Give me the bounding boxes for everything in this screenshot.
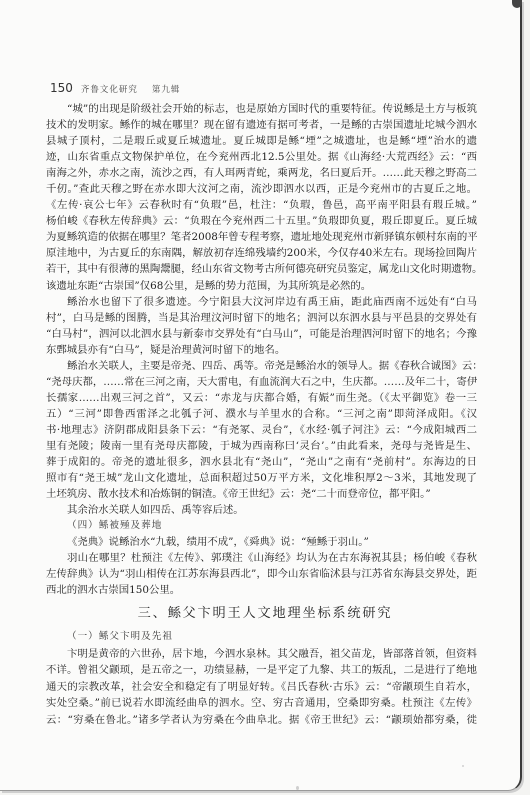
text-line: 卞明是黄帝的六世孙，居卞地，今泗水泉林。其父融吾，祖父苗龙，皆部落首领，但资料: [46, 646, 477, 663]
scan-speck: [296, 786, 299, 790]
text-line: 技术的发明家。鲧作的城在哪里？现在留有遗迹有据可考者，一是鲧的古崇国遗址坨城今泗…: [46, 117, 477, 133]
text-line: 若干，其中有很薄的黑陶鬶腿，经山东省文物考古所何德亮研究员鉴定，属龙山文化时期遗…: [46, 261, 477, 277]
body-text-section-one: “城”的出现是阶级社会开始的标志，也是原始方国时代的重要特征。传说鲧是土方与板筑…: [46, 101, 477, 598]
text-line: 五）“三河”即鲁西雷泽之北瓠子河、濮水与羊里水的合称。“三河之南”即菏泽成阳。《…: [46, 406, 477, 422]
journal-title: 齐鲁文化研究: [81, 83, 138, 95]
text-line: 原洼地中，为古夏丘的东南隅，解放初存连绵残墙约200米，今仅存40米左右。现场捡…: [46, 245, 477, 261]
text-line: 鲧治水关联人，主要是帝尧、四岳、禹等。帝尧是鲧治水的领导人。据《春秋合诚图》云：: [46, 358, 477, 374]
subsection-title: （一）鲧父卞明及先祖: [46, 629, 477, 646]
text-line: 照市有“尧王城”龙山文化遗址，总面积超过50万平方米，文化堆积厚2～3米，其地发…: [46, 470, 477, 486]
text-line: 该遗址东距“古崇国”仅68公里，是鲧的势力范围，为其所筑是必然的。: [46, 278, 477, 294]
text-line: 西北的泗水古崇国150公里。: [46, 582, 477, 598]
text-line: 其余治水关联人如四岳、禹等容后述。: [46, 502, 477, 518]
text-line: 土坯筑房、散水技术和冶炼铜的铜渣。《帝王世纪》云：尧“二十而登帝位，都平阳。”: [46, 486, 477, 502]
text-line: 葬于成阳的。帝尧的遗址很多，泗水县北有“尧山”，“尧山”之南有“尧前村”。东海边…: [46, 454, 477, 470]
text-line: 县城子顶村，二是瑕丘或夏丘城遗址。夏丘城即是鲧“堙”之城遗址，也是鲧“堙”治水的…: [46, 133, 477, 149]
text-line: “城”的出现是阶级社会开始的标志，也是原始方国时代的重要特征。传说鲧是土方与板筑: [46, 101, 477, 117]
page-edge-mark: [512, 0, 522, 8]
text-line: 千仞。”查此天穆之野在赤水即大汶河之南，流沙即泗水以西，正是今兖州市的古夏丘之地…: [46, 181, 477, 197]
text-line: 长孺家……出观三河之首”，又云：“赤龙与庆都合婚，有娠”而生尧。（《太平御览》卷…: [46, 390, 477, 406]
section-heading: 三、鲧父卞明王人文地理坐标系统研究: [0, 602, 530, 621]
text-line: 迹，山东省重点文物保护单位，在今兖州西北12.5公里处。据《山海经·大荒西经》云…: [46, 149, 477, 165]
text-line: 里有尧陵；陵南一里有尧母庆都陵，于城为西南称曰‘灵台’。”由此看来，尧母与尧皆是…: [46, 438, 477, 454]
text-line: 《左传·哀公七年》云春秋时有“负瑕”邑，杜注：“负瑕，鲁邑，高平南平阳县有瑕丘城…: [46, 197, 477, 213]
text-line: 东鄄城县亦有“白马”，疑是治理黄河时留下的地名。: [46, 342, 477, 358]
scan-speck: [462, 765, 464, 767]
subsection-title: （四）鲧被殛及葬地: [46, 518, 477, 534]
body-text-section-two: （一）鲧父卞明及先祖 卞明是黄帝的六世孙，居卞地，今泗水泉林。其父融吾，祖父苗龙…: [46, 629, 477, 729]
text-line: 云：“穷桑在鲁北。”诸多学者认为穷桑在今曲阜北。据《帝王世纪》云：“颛顼始都穷桑…: [46, 712, 477, 729]
page-number: 150: [50, 81, 73, 95]
text-line: 杨伯峻《春秋左传辞典》云：“负瑕在今兖州西二十五里。”负瑕即负夏，瑕丘即夏丘。夏…: [46, 213, 477, 229]
text-line: 左传辞典》认为“羽山相传在江苏东海县西北”，即今山东省临沭县与江苏省东海县交界处…: [46, 566, 477, 582]
text-line: 鲧治水也留下了很多遗迹。今宁阳县大汶河岸边有禹王庙，距此庙西南不远处有“白马: [46, 294, 477, 310]
text-line: 书·地理志》济阴郡成阳县条下云：“有尧冢、灵台”，《水经·瓠子河注》云：“今成阳…: [46, 422, 477, 438]
text-line: 南海之外，赤水之南，流沙之西，有人珥两青蛇，乘两龙，名曰夏后开。……此天穆之野高…: [46, 165, 477, 181]
text-line: 羽山在哪里？杜预注《左传》、郭璞注《山海经》均认为在古东海祝其县；杨伯峻《春秋: [46, 550, 477, 566]
text-line: 《尧典》说鲧治水“九载，绩用不成”，《舜典》说：“殛鲧于羽山。”: [46, 534, 477, 550]
text-line: 村”，白马是鲧的图腾，当是其治理汶河时留下的地名；泗河以东泗水县与平邑县的交界处…: [46, 310, 477, 326]
running-header: 150 齐鲁文化研究 第九辑: [50, 81, 180, 95]
text-line: 实处空桑。”前已说若水即流经曲阜的泗水。空、穷古音通用，空桑即穷桑。杜预注《左传…: [46, 695, 477, 712]
text-line: 不详。曾祖父颛顼，是五帝之一，功绩显赫，一是平定了九黎、共工的叛乱，二是进行了绝…: [46, 662, 477, 679]
text-line: “尧母庆都，……常在三河之南，天大雷电，有血流润大石之中，生庆都。……及年二十，…: [46, 374, 477, 390]
text-line: 通天的宗教改革，社会安全和稳定有了明显好转。《吕氏春秋·古乐》云：“帝颛顼生自若…: [46, 679, 477, 696]
text-line: 为夏鲧筑造的依据在哪里？笔者2008年曾专程考察，遗址地处现兖州市新驿镇东顿村东…: [46, 229, 477, 245]
journal-issue: 第九辑: [152, 83, 181, 95]
text-line: “白马村”，泗河以北泗水县与新泰市交界处有“白马山”，可能是治理泗河时留下的地名…: [46, 326, 477, 342]
book-page: 150 齐鲁文化研究 第九辑 “城”的出现是阶级社会开始的标志，也是原始方国时代…: [0, 0, 522, 791]
